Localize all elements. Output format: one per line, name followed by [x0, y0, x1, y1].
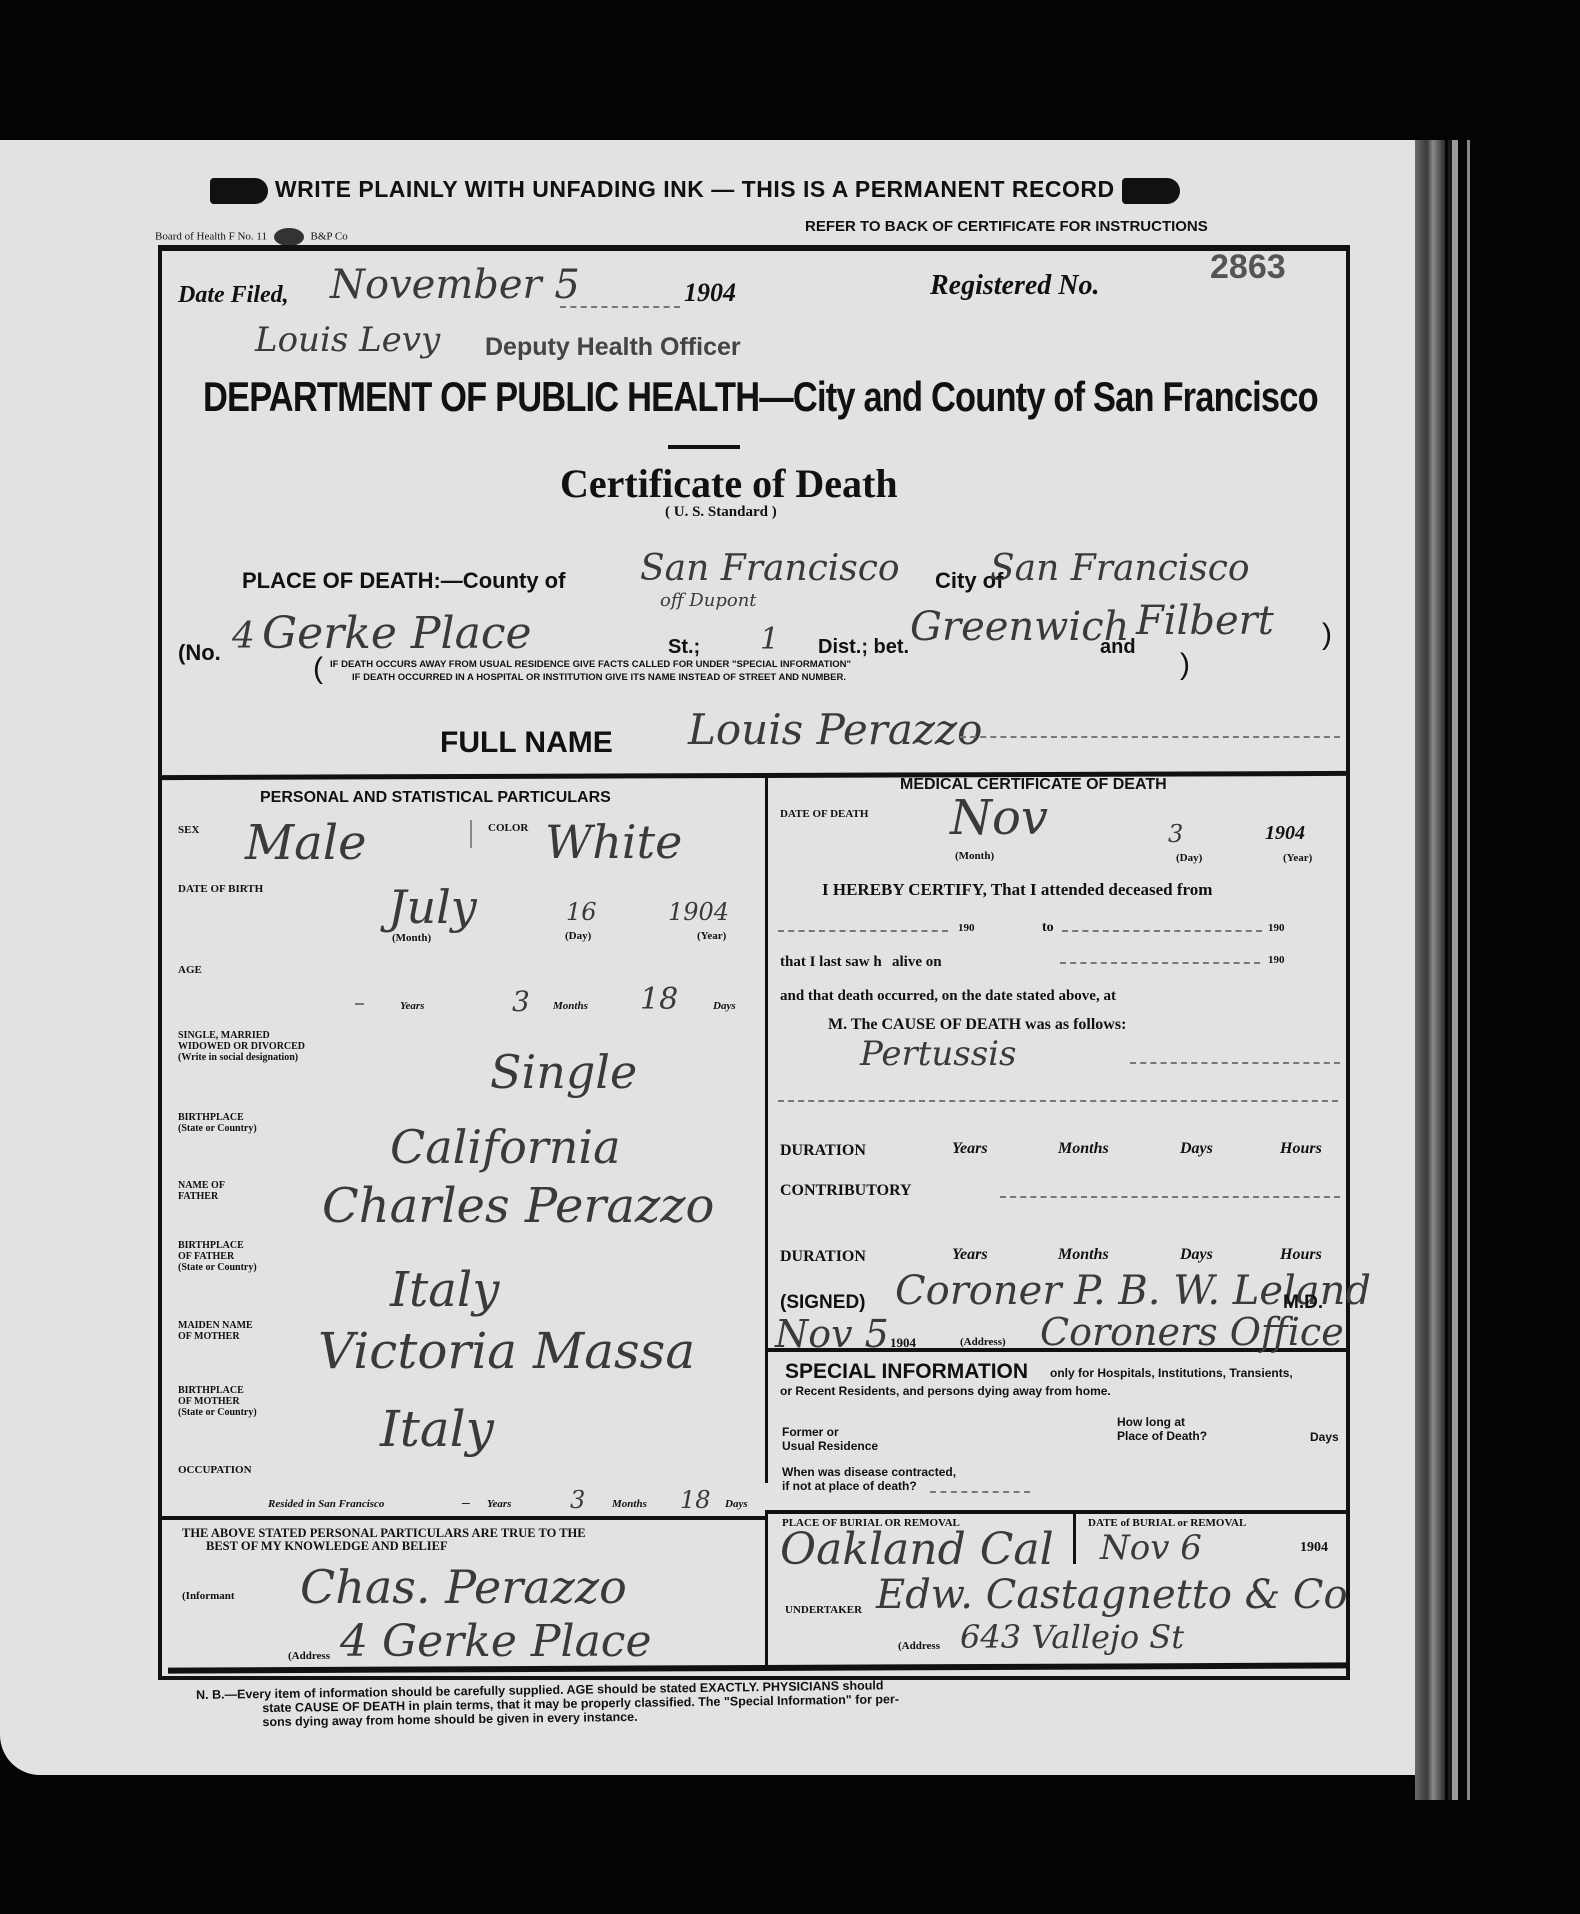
father-birthplace-label: BIRTHPLACE OF FATHER (State or Country) [178, 1240, 257, 1273]
mother-name-value: Victoria Massa [318, 1322, 695, 1380]
mother-birthplace-label: BIRTHPLACE OF MOTHER (State or Country) [178, 1385, 257, 1418]
mother-birthplace-value: Italy [380, 1400, 494, 1458]
burial-year: 1904 [1300, 1540, 1328, 1556]
father-bp-label-line: (State or Country) [178, 1262, 257, 1273]
undertaker-address: 643 Vallejo St [960, 1618, 1184, 1656]
father-bp-label-line: BIRTHPLACE [178, 1240, 257, 1251]
birthplace-label-line: BIRTHPLACE [178, 1112, 257, 1123]
age-years-label: Years [400, 1000, 424, 1012]
resided-months: 3 [570, 1486, 585, 1514]
resided-years-label: Years [487, 1498, 511, 1510]
duration-months-2: Months [1058, 1246, 1109, 1264]
ward-value: 1 [760, 622, 779, 657]
death-year: 1904 [1265, 822, 1305, 845]
informant-statement-line: BEST OF MY KNOWLEDGE AND BELIEF [182, 1540, 586, 1553]
day-caption: (Day) [565, 930, 591, 942]
nb-label: N. B.— [196, 1687, 237, 1702]
number-label: (No. [178, 640, 221, 666]
how-long-label-line: How long at [1117, 1415, 1207, 1429]
cause-label: M. The CAUSE OF DEATH was as follows: [828, 1016, 1126, 1034]
death-day: 3 [1168, 820, 1183, 848]
dob-year: 1904 [668, 898, 729, 926]
medical-address-label: (Address) [960, 1336, 1006, 1348]
book-binding [1415, 140, 1445, 1800]
mother-label-line: MAIDEN NAME [178, 1320, 253, 1331]
color-label: COLOR [488, 822, 528, 834]
special-subheading-2: or Recent Residents, and persons dying a… [780, 1384, 1111, 1398]
marital-label-line: SINGLE, MARRIED [178, 1030, 305, 1041]
contracted-label-line: When was disease contracted, [782, 1465, 956, 1479]
informant-address: 4 Gerke Place [340, 1616, 651, 1667]
dob-month: July [388, 880, 477, 934]
street-label: St.; [668, 636, 700, 659]
death-month-caption: (Month) [955, 850, 994, 862]
resided-months-label: Months [612, 1498, 647, 1510]
occupation-label: OCCUPATION [178, 1464, 252, 1476]
age-months-label: Months [553, 1000, 588, 1012]
father-bp-label-line: OF FATHER [178, 1251, 257, 1262]
duration-days-2: Days [1180, 1246, 1213, 1264]
informant-name: Chas. Perazzo [300, 1560, 627, 1614]
marital-label: SINGLE, MARRIED WIDOWED OR DIVORCED (Wri… [178, 1030, 305, 1063]
death-day-caption: (Day) [1176, 852, 1202, 864]
place-note-line-2: IF DEATH OCCURRED IN A HOSPITAL OR INSTI… [352, 672, 846, 683]
father-label-line: NAME OF [178, 1180, 225, 1191]
father-label-line: FATHER [178, 1191, 225, 1202]
mother-bp-label-line: (State or Country) [178, 1407, 257, 1418]
last-saw-label: that I last saw h [780, 954, 882, 971]
age-months: 3 [512, 985, 530, 1018]
closing-paren: ) [1322, 618, 1332, 652]
father-birthplace-value: Italy [390, 1262, 499, 1318]
father-name-label: NAME OF FATHER [178, 1180, 225, 1202]
sex-value: Male [245, 815, 367, 871]
signed-label: (SIGNED) [780, 1292, 866, 1314]
marital-label-line: (Write in social designation) [178, 1052, 305, 1063]
city-value: San Francisco [990, 548, 1250, 589]
certificate-title: Certificate of Death [560, 460, 898, 507]
undertaker-value: Edw. Castagnetto & Co [876, 1572, 1348, 1618]
duration-years: Years [952, 1140, 988, 1158]
year-caption: (Year) [697, 930, 726, 942]
marital-label-line: WIDOWED OR DIVORCED [178, 1041, 305, 1052]
mother-bp-label-line: BIRTHPLACE [178, 1385, 257, 1396]
duration-days: Days [1180, 1140, 1213, 1158]
age-days: 18 [640, 982, 678, 1017]
printer-line: Board of Health F No. 11 B&P Co [155, 228, 348, 246]
father-name-value: Charles Perazzo [322, 1178, 714, 1234]
and-label: and [1100, 636, 1136, 659]
date-filed-year: 1904 [684, 278, 736, 308]
color-value: White [545, 815, 682, 869]
between-street-1: Greenwich [910, 604, 1129, 650]
printer-line-left: Board of Health F No. 11 [155, 231, 267, 243]
medical-address: Coroners Office [1040, 1310, 1344, 1354]
informant-statement: THE ABOVE STATED PERSONAL PARTICULARS AR… [182, 1527, 586, 1553]
informant-label: (Informant [182, 1590, 235, 1602]
date-of-death-label: DATE OF DEATH [780, 808, 868, 820]
duration-months: Months [1058, 1140, 1109, 1158]
full-name-value: Louis Perazzo [688, 705, 982, 754]
dob-day: 16 [566, 898, 597, 926]
age-days-label: Days [713, 1000, 736, 1012]
place-note-line-1: IF DEATH OCCURS AWAY FROM USUAL RESIDENC… [330, 659, 851, 670]
burial-date: Nov 6 [1100, 1528, 1202, 1568]
resided-label: Resided in San Francisco [268, 1498, 384, 1510]
book-binding-edge [1452, 140, 1458, 1800]
days-label: Days [1310, 1430, 1339, 1444]
burial-place: Oakland Cal [780, 1524, 1054, 1575]
dob-label: DATE OF BIRTH [178, 883, 263, 895]
dist-label: Dist.; bet. [818, 636, 909, 659]
pointing-hand-icon [210, 178, 268, 204]
special-subheading-1: only for Hospitals, Institutions, Transi… [1050, 1366, 1293, 1380]
full-name-label: FULL NAME [440, 726, 613, 760]
closing-paren: ) [1180, 648, 1190, 682]
personal-heading: PERSONAL AND STATISTICAL PARTICULARS [260, 789, 611, 807]
opening-paren: ( [313, 652, 323, 686]
duration-label-2: DURATION [780, 1248, 866, 1266]
street-value: Gerke Place [262, 608, 532, 659]
officer-signature: Louis Levy [255, 320, 440, 360]
banner-text: WRITE PLAINLY WITH UNFADING INK — THIS I… [275, 176, 1115, 202]
duration-hours: Hours [1280, 1140, 1322, 1158]
between-street-2: Filbert [1136, 598, 1274, 644]
from-year-prefix: 190 [958, 922, 975, 934]
county-value: San Francisco [640, 548, 900, 589]
standard-subtitle: ( U. S. Standard ) [665, 504, 777, 521]
banner: WRITE PLAINLY WITH UNFADING INK — THIS I… [210, 176, 1180, 204]
alive-year-prefix: 190 [1268, 954, 1285, 966]
duration-label: DURATION [780, 1142, 866, 1160]
alive-on-label: alive on [892, 954, 942, 971]
death-occurred-statement: and that death occurred, on the date sta… [780, 988, 1116, 1005]
registered-number: 2863 [1210, 248, 1286, 287]
sex-label: SEX [178, 824, 199, 836]
certify-statement: I HEREBY CERTIFY, That I attended deceas… [822, 880, 1212, 900]
former-residence-label: Former or Usual Residence [782, 1425, 878, 1453]
age-label: AGE [178, 964, 202, 976]
mother-bp-label-line: OF MOTHER [178, 1396, 257, 1407]
street-note: off Dupont [660, 590, 757, 611]
death-month: Nov [950, 790, 1048, 846]
former-label-line: Former or [782, 1425, 878, 1439]
contracted-label: When was disease contracted, if not at p… [782, 1465, 956, 1493]
birthplace-label-line: (State or Country) [178, 1123, 257, 1134]
to-year-prefix: 190 [1268, 922, 1285, 934]
resided-days: 18 [680, 1486, 711, 1514]
resided-years: – [462, 1494, 470, 1510]
place-of-death-label: PLACE OF DEATH:—County of [242, 568, 565, 594]
resided-days-label: Days [725, 1498, 748, 1510]
informant-address-label: (Address [288, 1650, 330, 1662]
signed-date: Nov 5 [775, 1312, 889, 1356]
cause-value: Pertussis [860, 1034, 1017, 1074]
marital-value: Single [490, 1045, 637, 1099]
month-caption: (Month) [392, 932, 431, 944]
duration-hours-2: Hours [1280, 1246, 1322, 1264]
duration-years-2: Years [952, 1246, 988, 1264]
contributory-label: CONTRIBUTORY [780, 1182, 912, 1200]
how-long-label-line: Place of Death? [1117, 1429, 1207, 1443]
refer-instructions: REFER TO BACK OF CERTIFICATE FOR INSTRUC… [805, 218, 1208, 235]
special-heading: SPECIAL INFORMATION [785, 1360, 1028, 1384]
street-number: 4 [232, 616, 255, 657]
pointing-hand-icon [1122, 178, 1180, 204]
union-seal-icon [274, 228, 304, 246]
undertaker-address-label: (Address [898, 1640, 940, 1652]
book-binding-edge [1467, 140, 1470, 1800]
mother-name-label: MAIDEN NAME OF MOTHER [178, 1320, 253, 1342]
date-filed-value: November 5 [330, 262, 580, 308]
birthplace-value: California [390, 1120, 621, 1174]
date-filed-label: Date Filed, [178, 282, 289, 309]
to-label: to [1042, 920, 1054, 936]
department-title: DEPARTMENT OF PUBLIC HEALTH—City and Cou… [203, 373, 1318, 421]
how-long-label: How long at Place of Death? [1117, 1415, 1207, 1443]
registered-label: Registered No. [930, 270, 1100, 302]
former-label-line: Usual Residence [782, 1439, 878, 1453]
death-year-caption: (Year) [1283, 852, 1312, 864]
mother-label-line: OF MOTHER [178, 1331, 253, 1342]
age-years: – [355, 995, 364, 1013]
officer-title: Deputy Health Officer [485, 333, 741, 362]
birthplace-label: BIRTHPLACE (State or Country) [178, 1112, 257, 1134]
signed-year: 1904 [890, 1335, 916, 1351]
printer-line-right: B&P Co [311, 231, 348, 243]
undertaker-label: UNDERTAKER [785, 1604, 862, 1616]
